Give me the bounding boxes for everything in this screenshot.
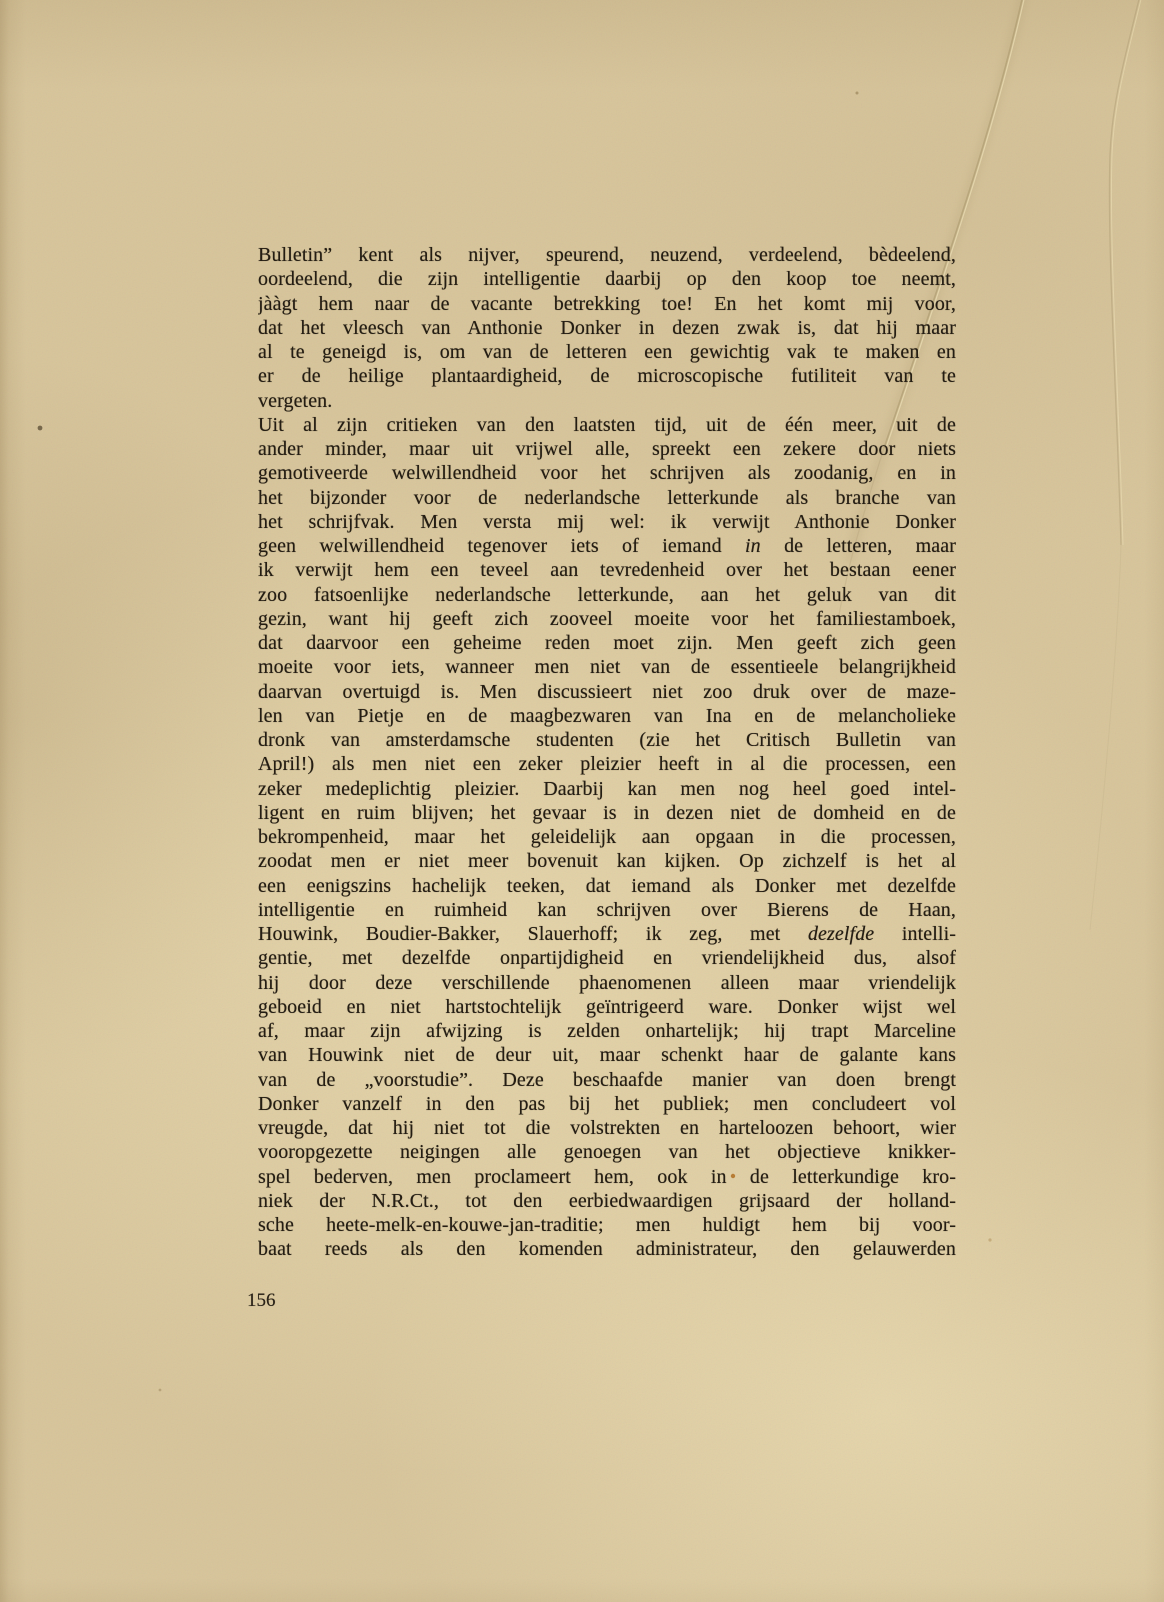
text-run: de letteren, maar <box>761 535 956 557</box>
text-run: moeite voor iets, wanneer men niet van d… <box>258 656 956 678</box>
text-line: vergeten. <box>258 389 956 413</box>
text-run: gemotiveerde welwillendheid voor het sch… <box>258 462 956 484</box>
text-run: niek der N.R.Ct., tot den eerbiedwaardig… <box>258 1190 956 1212</box>
text-line: gentie, met dezelfde onpartijdigheid en … <box>258 946 956 970</box>
text-line: dat daarvoor een geheime reden moet zijn… <box>258 631 956 655</box>
italic-text: dezelfde <box>808 923 874 945</box>
text-run: len van Pietje en de maagbezwaren van In… <box>258 705 956 727</box>
text-line: jààgt hem naar de vacante betrekking toe… <box>258 292 956 316</box>
text-line: sche heete-melk-en-kouwe-jan-traditie; m… <box>258 1213 956 1237</box>
text-line: ik verwijt hem een teveel aan tevredenhe… <box>258 558 956 582</box>
text-run: sche heete-melk-en-kouwe-jan-traditie; m… <box>258 1214 956 1236</box>
text-line: gemotiveerde welwillendheid voor het sch… <box>258 461 956 485</box>
text-run: jààgt hem naar de vacante betrekking toe… <box>258 293 956 315</box>
text-run: zeker medeplichtig pleizier. Daarbij kan… <box>258 778 956 800</box>
text-line: Houwink, Boudier-Bakker, Slauerhoff; ik … <box>258 922 956 946</box>
text-run: baat reeds als den komenden administrate… <box>258 1238 956 1260</box>
text-line: zoodat men er niet meer bovenuit kan kij… <box>258 849 956 873</box>
text-line: bekrompenheid, maar het geleidelijk aan … <box>258 825 956 849</box>
text-line: niek der N.R.Ct., tot den eerbiedwaardig… <box>258 1189 956 1213</box>
text-line: gezin, want hij geeft zich zooveel moeit… <box>258 607 956 631</box>
text-run: dat daarvoor een geheime reden moet zijn… <box>258 632 956 654</box>
text-line: ander minder, maar uit vrijwel alle, spr… <box>258 437 956 461</box>
text-run: ik verwijt hem een teveel aan tevredenhe… <box>258 559 956 581</box>
text-line: April!) als men niet een zeker pleizier … <box>258 752 956 776</box>
text-run: een eenigszins hachelijk teeken, dat iem… <box>258 875 956 897</box>
text-line: van Houwink niet de deur uit, maar schen… <box>258 1043 956 1067</box>
text-line: geboeid en niet hartstochtelijk geïntrig… <box>258 995 956 1019</box>
text-line: af, maar zijn afwijzing is zelden onhart… <box>258 1019 956 1043</box>
text-line: len van Pietje en de maagbezwaren van In… <box>258 704 956 728</box>
text-run: vreugde, dat hij niet tot die volstrekte… <box>258 1117 956 1139</box>
text-run: van Houwink niet de deur uit, maar schen… <box>258 1044 956 1066</box>
text-run: gentie, met dezelfde onpartijdigheid en … <box>258 947 956 969</box>
text-run: zoodat men er niet meer bovenuit kan kij… <box>258 850 956 872</box>
body-text: Bulletin” kent als nijver, speurend, neu… <box>258 243 956 1262</box>
text-run: bekrompenheid, maar het geleidelijk aan … <box>258 826 956 848</box>
text-run: er de heilige plantaardigheid, de micros… <box>258 365 956 387</box>
text-line: spel bederven, men proclameert hem, ook … <box>258 1165 956 1189</box>
text-run: Donker vanzelf in den pas bij het publie… <box>258 1093 956 1115</box>
text-run: vergeten. <box>258 390 332 412</box>
text-run: het bijzonder voor de nederlandsche lett… <box>258 487 956 509</box>
text-run: geboeid en niet hartstochtelijk geïntrig… <box>258 996 956 1018</box>
text-line: Donker vanzelf in den pas bij het publie… <box>258 1092 956 1116</box>
text-line: dat het vleesch van Anthonie Donker in d… <box>258 316 956 340</box>
text-run: April!) als men niet een zeker pleizier … <box>258 753 956 775</box>
text-line: oordeelend, die zijn intelligentie daarb… <box>258 267 956 291</box>
text-line: van de „voorstudie”. Deze beschaafde man… <box>258 1068 956 1092</box>
text-run: zoo fatsoenlijke nederlandsche letterkun… <box>258 584 956 606</box>
text-run: oordeelend, die zijn intelligentie daarb… <box>258 268 956 290</box>
text-line: vooropgezette neigingen alle genoegen va… <box>258 1140 956 1164</box>
text-run: Houwink, Boudier-Bakker, Slauerhoff; ik … <box>258 923 808 945</box>
text-run: dat het vleesch van Anthonie Donker in d… <box>258 317 956 339</box>
text-run: gezin, want hij geeft zich zooveel moeit… <box>258 608 956 630</box>
text-line: ligent en ruim blijven; het gevaar is in… <box>258 801 956 825</box>
text-run: ander minder, maar uit vrijwel alle, spr… <box>258 438 956 460</box>
text-run: hij door deze verschillende phaenomenen … <box>258 972 956 994</box>
text-line: Uit al zijn critieken van den laatsten t… <box>258 413 956 437</box>
text-line: het bijzonder voor de nederlandsche lett… <box>258 486 956 510</box>
text-run: ligent en ruim blijven; het gevaar is in… <box>258 802 956 824</box>
text-line: het schrijfvak. Men versta mij wel: ik v… <box>258 510 956 534</box>
text-run: het schrijfvak. Men versta mij wel: ik v… <box>258 511 956 533</box>
italic-text: in <box>745 535 761 557</box>
text-line: hij door deze verschillende phaenomenen … <box>258 971 956 995</box>
text-run: dronk van amsterdamsche studenten (zie h… <box>258 729 956 751</box>
text-line: er de heilige plantaardigheid, de micros… <box>258 364 956 388</box>
page-number: 156 <box>247 1290 276 1312</box>
text-line: intelligentie en ruimheid kan schrijven … <box>258 898 956 922</box>
text-run: intelligentie en ruimheid kan schrijven … <box>258 899 956 921</box>
text-line: baat reeds als den komenden administrate… <box>258 1237 956 1261</box>
text-run: Uit al zijn critieken van den laatsten t… <box>258 414 956 436</box>
text-line: zoo fatsoenlijke nederlandsche letterkun… <box>258 583 956 607</box>
text-line: een eenigszins hachelijk teeken, dat iem… <box>258 874 956 898</box>
text-run: spel bederven, men proclameert hem, ook … <box>258 1166 956 1188</box>
text-run: intelli- <box>874 923 956 945</box>
text-run: van de „voorstudie”. Deze beschaafde man… <box>258 1069 956 1091</box>
text-line: zeker medeplichtig pleizier. Daarbij kan… <box>258 777 956 801</box>
text-line: Bulletin” kent als nijver, speurend, neu… <box>258 243 956 267</box>
text-line: moeite voor iets, wanneer men niet van d… <box>258 655 956 679</box>
text-line: vreugde, dat hij niet tot die volstrekte… <box>258 1116 956 1140</box>
text-run: Bulletin” kent als nijver, speurend, neu… <box>258 244 956 266</box>
text-line: dronk van amsterdamsche studenten (zie h… <box>258 728 956 752</box>
text-run: vooropgezette neigingen alle genoegen va… <box>258 1141 956 1163</box>
text-line: daarvan overtuigd is. Men discussieert n… <box>258 680 956 704</box>
book-page: Bulletin” kent als nijver, speurend, neu… <box>0 0 1164 1602</box>
text-line: al te geneigd is, om van de letteren een… <box>258 340 956 364</box>
text-line: geen welwillendheid tegenover iets of ie… <box>258 534 956 558</box>
text-run: af, maar zijn afwijzing is zelden onhart… <box>258 1020 956 1042</box>
text-run: geen welwillendheid tegenover iets of ie… <box>258 535 745 557</box>
text-run: daarvan overtuigd is. Men discussieert n… <box>258 681 956 703</box>
text-run: al te geneigd is, om van de letteren een… <box>258 341 956 363</box>
